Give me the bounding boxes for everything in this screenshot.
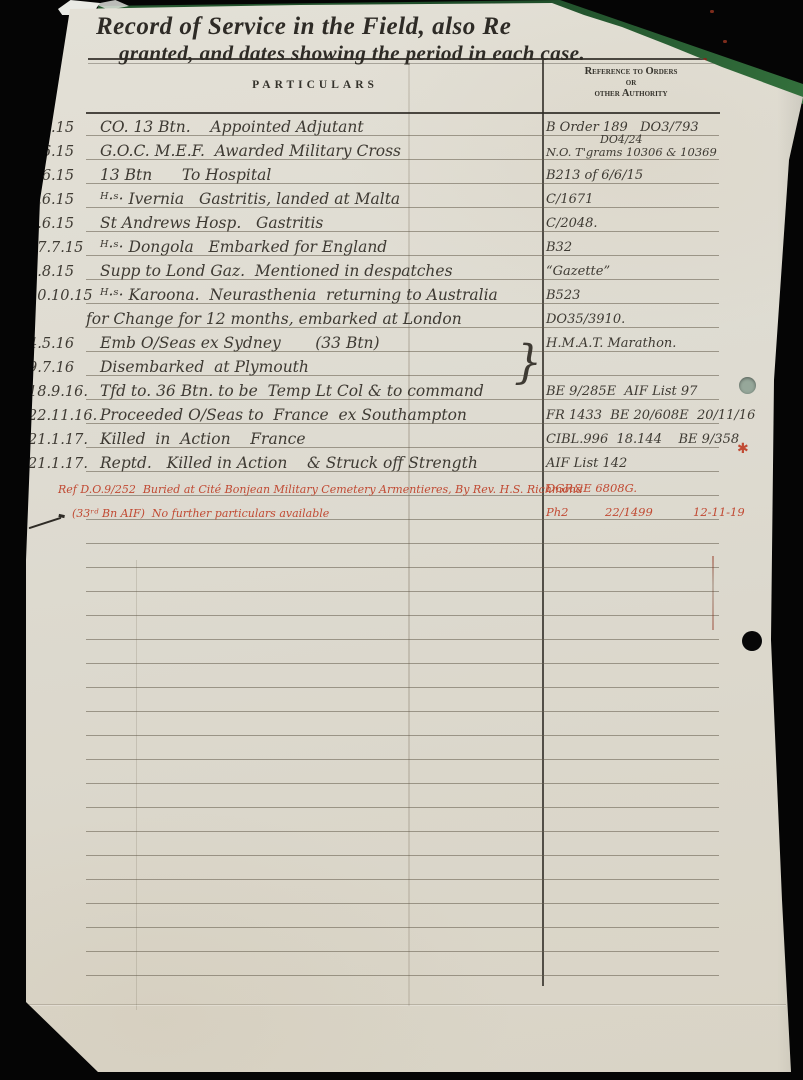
entry-row: 7.5.15CO. 13 Btn. Appointed AdjutantB Or…: [0, 113, 803, 137]
entry-reference: BE 9/285E AIF List 97: [546, 384, 697, 399]
entry-particulars: Emb O/Seas ex Sydney (33 Btn): [100, 334, 380, 352]
entry-row: 18.9.16.Tfd to. 36 Btn. to be Temp Lt Co…: [0, 377, 803, 401]
column-header-reference: Reference to Ordersorother Authority: [543, 66, 719, 99]
vertical-fold-crease: [136, 560, 137, 1010]
header-bottom-rule: [86, 112, 720, 114]
entry-row: 20.10.15ᴴ·ˢ· Karoona. Neurasthenia retur…: [0, 281, 803, 305]
entry-reference-upper: DO4/24: [600, 133, 643, 146]
record-sheet: Record of Service in the Field, also Re …: [0, 0, 803, 1080]
entry-reference: N.O. T'grams 10306 & 10369: [546, 145, 717, 159]
column-header-particulars: PARTICULARS: [88, 79, 542, 91]
entry-date: 21.1.17.: [28, 456, 88, 472]
entry-particulars: Killed in Action France: [100, 430, 306, 448]
entry-particulars: ᴴ·ˢ· Dongola Embarked for England: [100, 238, 387, 256]
entry-row: Ref D.O.9/252 Buried at Cité Bonjean Mil…: [0, 473, 803, 497]
entry-row: 4.5.16Emb O/Seas ex Sydney (33 Btn)H.M.A…: [0, 329, 803, 353]
entry-reference: B Order 189 DO3/793: [546, 120, 699, 135]
entry-reference: DGR&E 6808G.: [546, 481, 637, 495]
entry-particulars: Reptd. Killed in Action & Struck off Str…: [100, 454, 478, 472]
entry-date: 3.6.15: [28, 144, 74, 160]
form-heading-line2: granted, and dates showing the period in…: [119, 41, 585, 66]
entry-particulars: ᴴ·ˢ· Ivernia Gastritis, landed at Malta: [100, 190, 400, 208]
heading-rule-echo: [88, 63, 803, 64]
entry-particulars: 13 Btn To Hospital: [100, 166, 271, 184]
entry-row: (33ʳᵈ Bn AIF) No further particulars ava…: [0, 497, 803, 521]
entry-particulars: Disembarked at Plymouth: [100, 358, 309, 376]
entry-date: 5.8.15: [28, 264, 74, 280]
column-header-reference-line: Reference to Orders: [543, 66, 719, 77]
entry-particulars: St Andrews Hosp. Gastritis: [100, 214, 323, 232]
entry-reference: CIBL.996 18.144 BE 9/358: [546, 432, 739, 447]
entry-date: 21.1.17.: [28, 432, 88, 448]
entry-reference: B32: [546, 240, 572, 255]
entry-reference: C/2048.: [546, 216, 598, 231]
red-asterisk: ✱: [737, 441, 749, 458]
form-heading-line1: Record of Service in the Field, also Re: [96, 13, 511, 41]
entry-row: 5.8.15Supp to Lond Gaz. Mentioned in des…: [0, 257, 803, 281]
entry-date: 9.6.15: [28, 216, 74, 232]
entry-row: 3.6.15G.O.C. M.E.F. Awarded Military Cro…: [0, 137, 803, 161]
entry-reference: H.M.A.T. Marathon.: [546, 336, 676, 351]
ink-smudge: [712, 556, 714, 630]
entry-reference: DO35/3910.: [546, 312, 625, 327]
entry-reference: Ph2 22/1499 12-11-19: [546, 505, 745, 519]
entry-date: 6.6.15: [28, 192, 74, 208]
entry-particulars: CO. 13 Btn. Appointed Adjutant: [100, 118, 364, 136]
right-column-border: [0, 0, 1, 926]
horizontal-fold-crease: [28, 1004, 786, 1005]
ruled-lines: [86, 112, 719, 988]
entry-particulars: Tfd to. 36 Btn. to be Temp Lt Col & to c…: [100, 382, 484, 400]
entry-row: 9.7.16Disembarked at Plymouth: [0, 353, 803, 377]
hole-punch-icon: [742, 631, 762, 651]
entry-particulars: Ref D.O.9/252 Buried at Cité Bonjean Mil…: [58, 483, 583, 496]
red-speck: [710, 10, 714, 13]
entry-row: for Change for 12 months, embarked at Lo…: [0, 305, 803, 329]
entry-reference: AIF List 142: [546, 456, 627, 471]
entry-date: 20.10.15: [28, 288, 93, 304]
entry-date: 9.7.16: [28, 360, 74, 376]
entry-particulars: (33ʳᵈ Bn AIF) No further particulars ava…: [72, 507, 329, 520]
entry-date: 4.5.16: [28, 336, 74, 352]
entry-row: 17.7.15ᴴ·ˢ· Dongola Embarked for England…: [0, 233, 803, 257]
hole-punch-icon: [739, 377, 756, 394]
entry-row: 21.1.17.Reptd. Killed in Action & Struck…: [0, 449, 803, 473]
entry-reference: B213 of 6/6/15: [546, 168, 643, 183]
entry-reference: “Gazette”: [546, 264, 610, 279]
entry-particulars: ᴴ·ˢ· Karoona. Neurasthenia returning to …: [100, 286, 498, 304]
entry-reference: C/1671: [546, 192, 593, 207]
column-header-reference-line: or: [543, 77, 719, 88]
entry-particulars: for Change for 12 months, embarked at Lo…: [86, 310, 462, 328]
red-speck: [723, 40, 727, 43]
column-divider: [542, 60, 544, 986]
pen-mark: [29, 517, 62, 529]
entry-row: 21.1.17.Killed in Action FranceCIBL.996 …: [0, 425, 803, 449]
entry-reference: FR 1433 BE 20/608E 20/11/16: [546, 408, 755, 423]
vertical-fold-crease: [408, 62, 410, 1006]
entry-date: 17.7.15: [28, 240, 83, 256]
heading-rule: [88, 58, 803, 60]
entry-row: 9.6.15St Andrews Hosp. GastritisC/2048.: [0, 209, 803, 233]
entry-date: 18.9.16.: [28, 384, 88, 400]
entry-particulars: Proceeded O/Seas to France ex Southampto…: [100, 406, 467, 424]
entry-reference: B523: [546, 288, 580, 303]
entry-date: 22.11.16.: [28, 408, 97, 424]
entry-date: 7.5.15: [28, 120, 74, 136]
grouping-brace: }: [514, 336, 542, 390]
entry-date: 4.6.15: [28, 168, 74, 184]
entry-row: 22.11.16.Proceeded O/Seas to France ex S…: [0, 401, 803, 425]
entry-row: 4.6.1513 Btn To HospitalB213 of 6/6/15: [0, 161, 803, 185]
column-header-reference-line: other Authority: [543, 88, 719, 99]
entry-particulars: Supp to Lond Gaz. Mentioned in despatche…: [100, 262, 453, 280]
entry-row: 6.6.15ᴴ·ˢ· Ivernia Gastritis, landed at …: [0, 185, 803, 209]
entry-particulars: G.O.C. M.E.F. Awarded Military Cross: [100, 142, 401, 160]
scanned-document-page: Record of Service in the Field, also Re …: [0, 0, 803, 1080]
